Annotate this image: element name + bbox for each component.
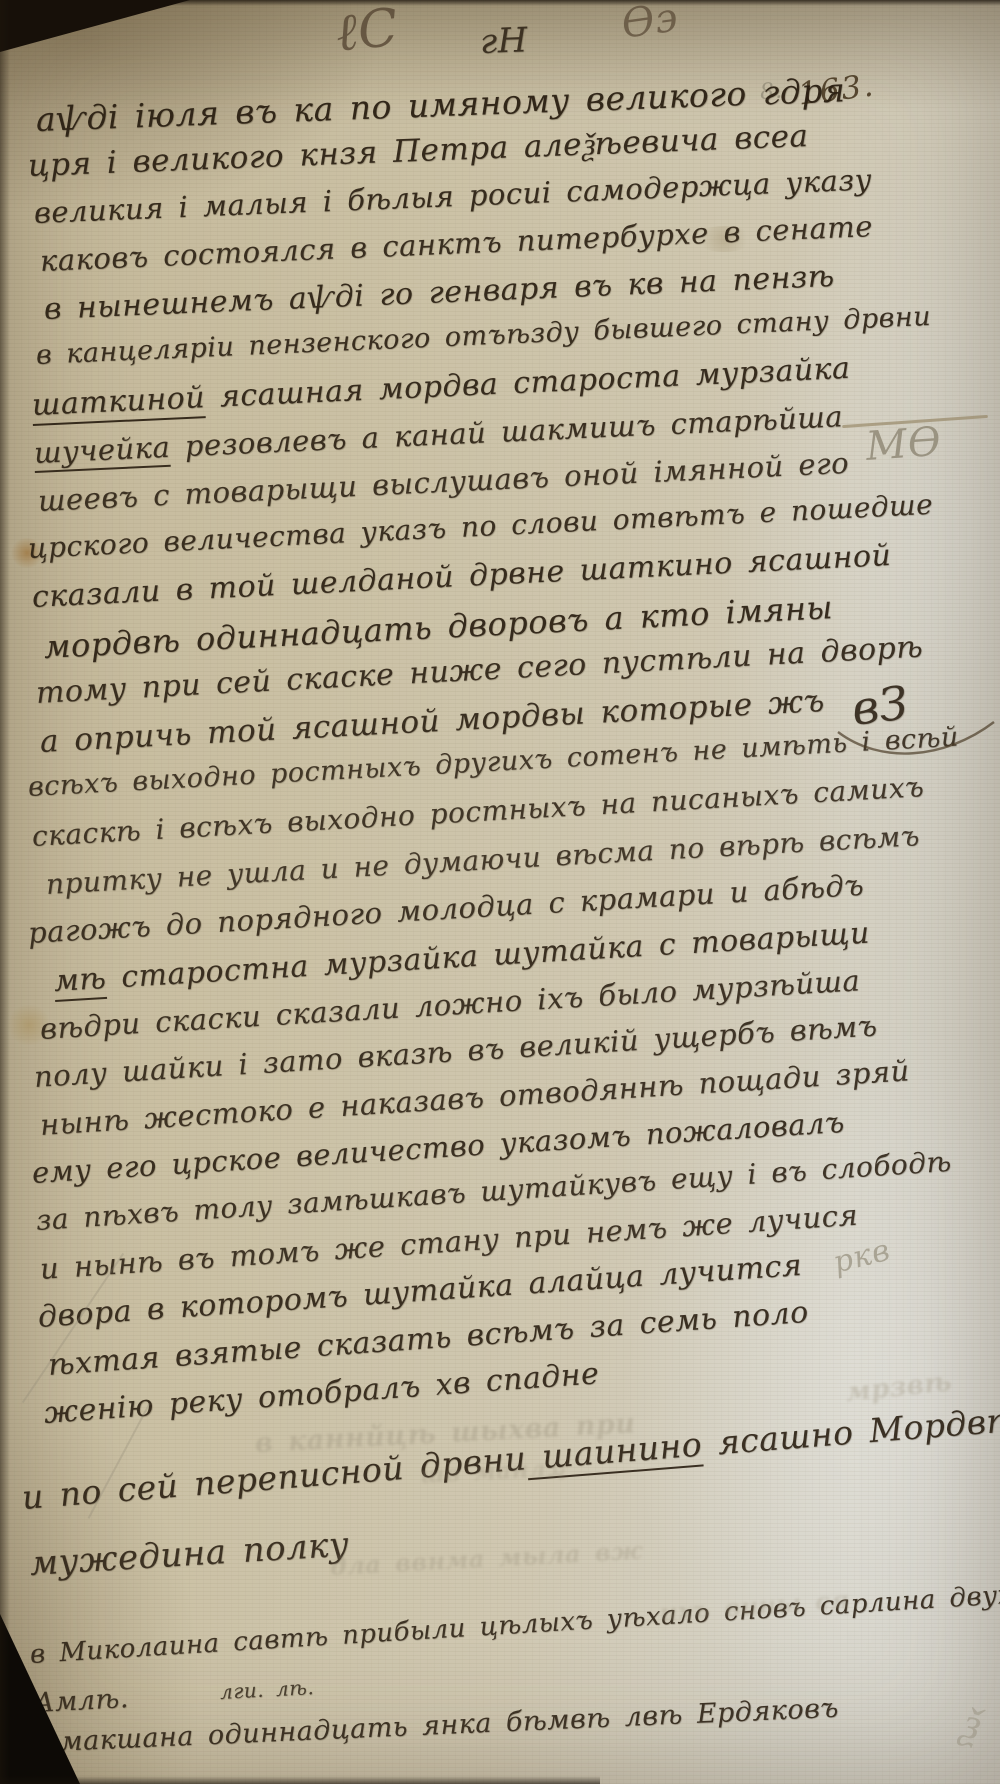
photo-edge-left: [0, 0, 10, 1784]
manuscript-line-bottom: Амлѣ.: [33, 1683, 129, 1719]
margin-curl-bottom-right: ѯ: [957, 1697, 985, 1751]
header-flourish-left: ℓС: [333, 0, 401, 64]
manuscript-line-bottom: в Миколаина савтѣ прибыли цѣлыхъ уѣхало …: [29, 1579, 1000, 1670]
manuscript-line-bottom: лги. лѣ.: [219, 1675, 314, 1704]
margin-note-pencil-rkv: ркв: [830, 1233, 894, 1281]
photo-corner-top-left: [0, 0, 190, 52]
ink-bleedthrough: дла ввнма мыла вж: [329, 1536, 643, 1581]
manuscript-photo: 163. ℓСгНѲэ8.МѲвЗрквѯаѱдi іюля въ ка по …: [0, 0, 1000, 1784]
manuscript-line-footer: мужедина полку: [29, 1525, 351, 1584]
header-flourish-right: Ѳэ: [619, 0, 681, 48]
header-quire-mark: гН: [479, 20, 528, 62]
margin-note-pencil-mf: МѲ: [864, 419, 943, 470]
margin-flourish-tail: [832, 706, 1000, 768]
manuscript-line-bottom: в макшана одиннадцать янка бѣмвѣ лвѣ Ерд…: [29, 1693, 839, 1759]
ink-bleedthrough: мрзвѣ: [844, 1367, 953, 1408]
photo-edge-bottom: [0, 1776, 600, 1784]
